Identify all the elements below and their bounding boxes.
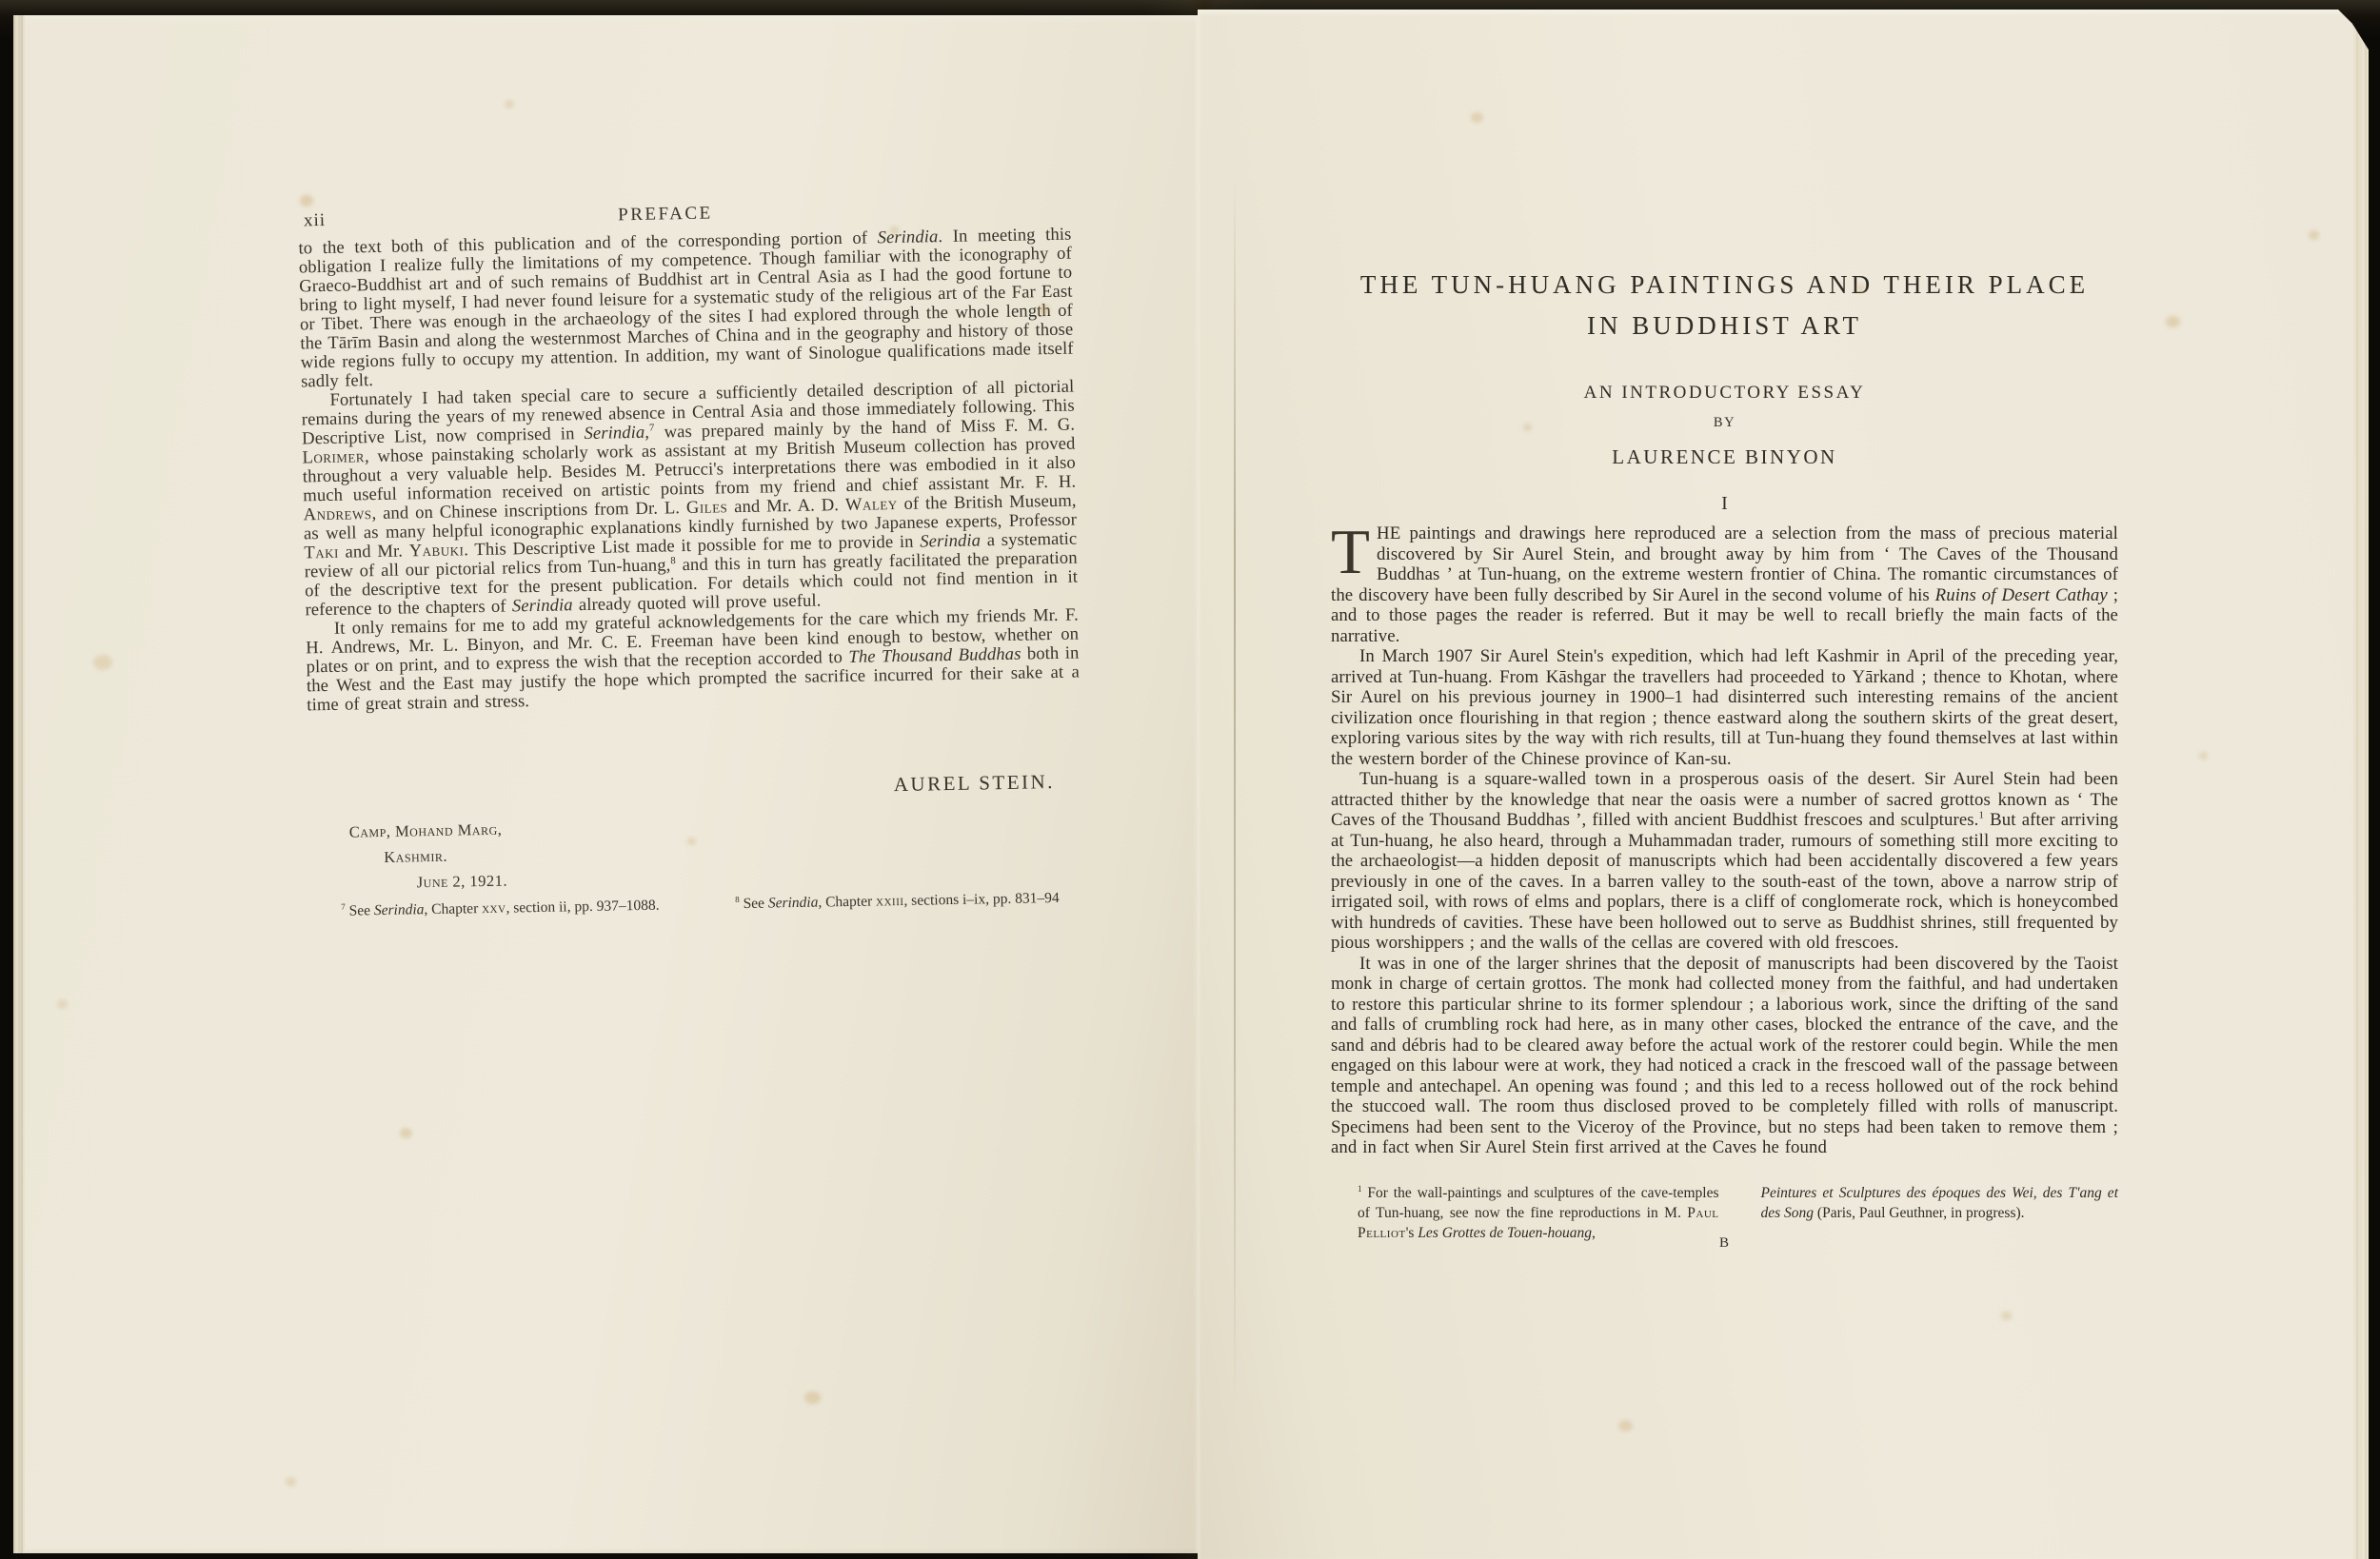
essay-body: THE paintings and drawings here reproduc… xyxy=(1331,523,2118,1158)
left-page: xii PREFACE to the text both of this pub… xyxy=(13,15,1198,1553)
essay-paragraph: It was in one of the larger shrines that… xyxy=(1331,954,2118,1158)
page-folio: xii xyxy=(304,210,326,231)
essay-paragraph: In March 1907 Sir Aurel Stein's expediti… xyxy=(1331,646,2118,769)
essay-subtitle: AN INTRODUCTORY ESSAY xyxy=(1331,383,2118,404)
right-page: THE TUN-HUANG PAINTINGS AND THEIR PLACE … xyxy=(1198,10,2369,1559)
footnote: 7 See Serindia, Chapter xxv, section ii,… xyxy=(341,897,676,919)
footnote-column: Peintures et Sculptures des époques des … xyxy=(1760,1183,2118,1243)
essay-paragraph: Tun-huang is a square-walled town in a p… xyxy=(1331,769,2118,954)
byline: BY xyxy=(1331,415,2118,431)
signature-mark: B xyxy=(1331,1235,2118,1252)
preface-paragraph: It only remains for me to add my gratefu… xyxy=(306,606,1081,716)
section-numeral: I xyxy=(1331,493,2118,515)
essay-paragraph-text: HE paintings and drawings here reproduce… xyxy=(1331,523,2118,646)
essay-paragraph: THE paintings and drawings here reproduc… xyxy=(1331,523,2118,646)
footnote: 8 See Serindia, Chapter xxiii, sections … xyxy=(735,889,1083,913)
dateline-line: Camp, Mohand Marg, xyxy=(349,817,507,845)
dateline: Camp, Mohand Marg, Kashmir. June 2, 1921… xyxy=(309,817,508,898)
essay-footnotes: 1 For the wall-paintings and sculptures … xyxy=(1331,1183,2118,1243)
dateline-line: June 2, 1921. xyxy=(417,868,508,896)
preface-body: to the text both of this publication and… xyxy=(298,226,1080,716)
left-text-column: xii PREFACE to the text both of this pub… xyxy=(294,9,1095,1559)
right-text-column: THE TUN-HUANG PAINTINGS AND THEIR PLACE … xyxy=(1331,10,2118,1559)
book-spread: xii PREFACE to the text both of this pub… xyxy=(0,0,2380,1559)
essay-title: THE TUN-HUANG PAINTINGS AND THEIR PLACE … xyxy=(1331,265,2118,346)
essay-title-line1: THE TUN-HUANG PAINTINGS AND THEIR PLACE xyxy=(1331,265,2118,306)
author-signature: AUREL STEIN. xyxy=(894,770,1056,797)
essay-author: LAURENCE BINYON xyxy=(1331,445,2118,469)
essay-title-line2: IN BUDDHIST ART xyxy=(1331,306,2118,346)
preface-paragraph: to the text both of this publication and… xyxy=(298,226,1074,392)
drop-cap: T xyxy=(1331,526,1370,582)
footnote-column: 1 For the wall-paintings and sculptures … xyxy=(1358,1183,1718,1243)
dateline-line: Kashmir. xyxy=(384,842,507,870)
preface-paragraph: Fortunately I had taken special care to … xyxy=(301,378,1078,621)
